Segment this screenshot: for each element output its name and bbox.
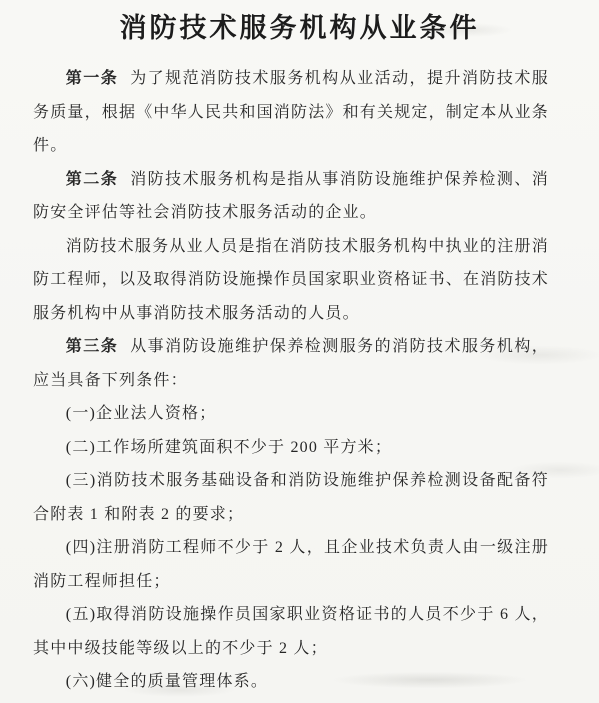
list-item-3-text: (三)消防技术服务基础设备和消防设施维护保养检测设备配备符合附表 1 和附表 2… (33, 472, 549, 523)
article-2-label: 第二条 (66, 171, 118, 188)
paragraph-article-3: 第三条从事消防设施维护保养检测服务的消防技术服务机构，应当具备下列条件： (33, 330, 549, 397)
article-2b-text: 消防技术服务从业人员是指在消防技术服务机构中执业的注册消防工程师，以及取得消防设… (33, 238, 549, 322)
list-item-1-text: (一)企业法人资格； (66, 405, 217, 422)
list-item-5-text: (五)取得消防设施操作员国家职业资格证书的人员不少于 6 人，其中中级技能等级以… (33, 606, 549, 657)
scanned-document-page: 消防技术服务机构从业条件 第一条为了规范消防技术服务机构从业活动，提升消防技术服… (0, 0, 599, 703)
document-title: 消防技术服务机构从业条件 (0, 0, 599, 47)
list-item-6: (六)健全的质量管理体系。 (33, 665, 549, 699)
document-body: 第一条为了规范消防技术服务机构从业活动，提升消防技术服务质量，根据《中华人民共和… (33, 62, 549, 699)
paragraph-article-1: 第一条为了规范消防技术服务机构从业活动，提升消防技术服务质量，根据《中华人民共和… (33, 62, 549, 163)
list-item-3: (三)消防技术服务基础设备和消防设施维护保养检测设备配备符合附表 1 和附表 2… (33, 464, 549, 531)
article-3-label: 第三条 (66, 338, 118, 355)
list-item-2: (二)工作场所建筑面积不少于 200 平方米； (33, 431, 549, 465)
paragraph-article-2: 第二条消防技术服务机构是指从事消防设施维护保养检测、消防安全评估等社会消防技术服… (33, 163, 549, 230)
list-item-5: (五)取得消防设施操作员国家职业资格证书的人员不少于 6 人，其中中级技能等级以… (33, 598, 549, 665)
list-item-4-text: (四)注册消防工程师不少于 2 人，且企业技术负责人由一级注册消防工程师担任； (33, 539, 549, 590)
list-item-6-text: (六)健全的质量管理体系。 (66, 673, 268, 690)
list-item-1: (一)企业法人资格； (33, 397, 549, 431)
list-item-2-text: (二)工作场所建筑面积不少于 200 平方米； (66, 439, 392, 456)
list-item-4: (四)注册消防工程师不少于 2 人，且企业技术负责人由一级注册消防工程师担任； (33, 531, 549, 598)
paragraph-article-2-continued: 消防技术服务从业人员是指在消防技术服务机构中执业的注册消防工程师，以及取得消防设… (33, 230, 549, 331)
article-1-label: 第一条 (66, 70, 118, 87)
